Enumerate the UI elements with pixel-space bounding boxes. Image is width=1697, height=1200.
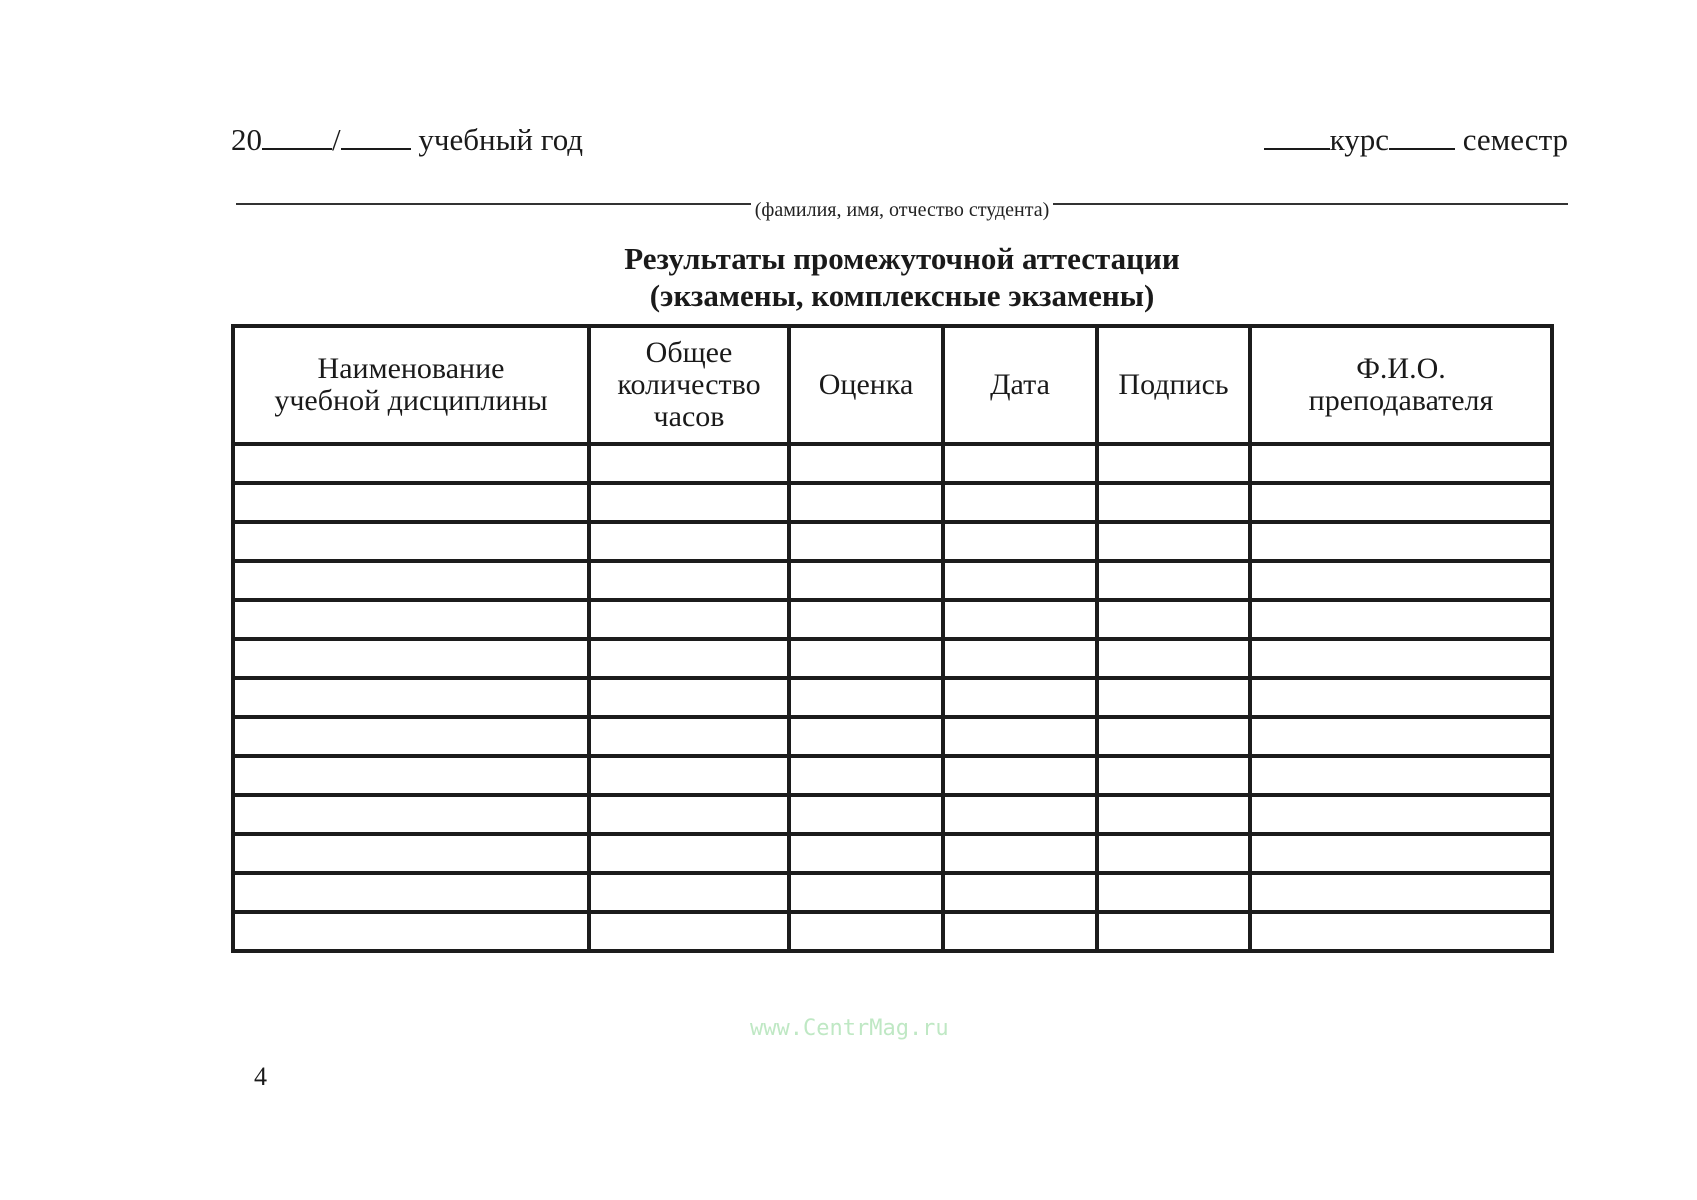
table-row bbox=[233, 483, 1552, 522]
cell-grade[interactable] bbox=[789, 639, 943, 678]
cell-date[interactable] bbox=[943, 639, 1097, 678]
cell-teacher[interactable] bbox=[1250, 678, 1552, 717]
table-row bbox=[233, 522, 1552, 561]
cell-date[interactable] bbox=[943, 912, 1097, 951]
column-header-line: Наименование bbox=[235, 353, 587, 385]
cell-signature[interactable] bbox=[1097, 483, 1250, 522]
cell-grade[interactable] bbox=[789, 600, 943, 639]
page-title: Результаты промежуточной аттестации (экз… bbox=[231, 240, 1573, 314]
cell-teacher[interactable] bbox=[1250, 444, 1552, 483]
year-label: учебный год bbox=[411, 122, 583, 157]
cell-hours[interactable] bbox=[589, 717, 789, 756]
cell-discipline[interactable] bbox=[233, 912, 589, 951]
student-name-caption-text: (фамилия, имя, отчество студента) bbox=[751, 199, 1054, 221]
cell-hours[interactable] bbox=[589, 912, 789, 951]
cell-hours[interactable] bbox=[589, 873, 789, 912]
cell-teacher[interactable] bbox=[1250, 717, 1552, 756]
cell-signature[interactable] bbox=[1097, 639, 1250, 678]
cell-hours[interactable] bbox=[589, 756, 789, 795]
cell-date[interactable] bbox=[943, 483, 1097, 522]
column-header-line: часов bbox=[591, 401, 787, 433]
year-separator: / bbox=[332, 122, 341, 157]
table-row bbox=[233, 639, 1552, 678]
table-body bbox=[233, 444, 1552, 951]
table-row bbox=[233, 444, 1552, 483]
table-row bbox=[233, 873, 1552, 912]
cell-date[interactable] bbox=[943, 444, 1097, 483]
cell-signature[interactable] bbox=[1097, 522, 1250, 561]
cell-date[interactable] bbox=[943, 717, 1097, 756]
cell-teacher[interactable] bbox=[1250, 522, 1552, 561]
cell-signature[interactable] bbox=[1097, 756, 1250, 795]
cell-hours[interactable] bbox=[589, 444, 789, 483]
column-header-grade: Оценка bbox=[789, 326, 943, 444]
cell-grade[interactable] bbox=[789, 912, 943, 951]
cell-teacher[interactable] bbox=[1250, 561, 1552, 600]
cell-grade[interactable] bbox=[789, 678, 943, 717]
table-row bbox=[233, 834, 1552, 873]
cell-grade[interactable] bbox=[789, 873, 943, 912]
course-semester-line: курс семестр bbox=[1264, 122, 1568, 158]
cell-discipline[interactable] bbox=[233, 795, 589, 834]
table-row bbox=[233, 678, 1552, 717]
cell-date[interactable] bbox=[943, 795, 1097, 834]
year-prefix: 20 bbox=[231, 122, 262, 157]
title-line-2: (экзамены, комплексные экзамены) bbox=[231, 277, 1573, 314]
cell-discipline[interactable] bbox=[233, 678, 589, 717]
cell-hours[interactable] bbox=[589, 834, 789, 873]
table-row bbox=[233, 912, 1552, 951]
cell-teacher[interactable] bbox=[1250, 639, 1552, 678]
column-header-teacher: Ф.И.О.преподавателя bbox=[1250, 326, 1552, 444]
table-header-row: Наименованиеучебной дисциплиныОбщееколич… bbox=[233, 326, 1552, 444]
cell-teacher[interactable] bbox=[1250, 912, 1552, 951]
table-row bbox=[233, 717, 1552, 756]
column-header-line: преподавателя bbox=[1252, 385, 1550, 417]
cell-teacher[interactable] bbox=[1250, 795, 1552, 834]
cell-date[interactable] bbox=[943, 756, 1097, 795]
title-line-1: Результаты промежуточной аттестации bbox=[231, 240, 1573, 277]
cell-discipline[interactable] bbox=[233, 639, 589, 678]
cell-grade[interactable] bbox=[789, 834, 943, 873]
cell-grade[interactable] bbox=[789, 717, 943, 756]
cell-teacher[interactable] bbox=[1250, 834, 1552, 873]
cell-grade[interactable] bbox=[789, 444, 943, 483]
cell-hours[interactable] bbox=[589, 522, 789, 561]
column-header-discipline: Наименованиеучебной дисциплины bbox=[233, 326, 589, 444]
cell-signature[interactable] bbox=[1097, 834, 1250, 873]
column-header-line: Общее bbox=[591, 337, 787, 369]
academic-year-line: 20/ учебный год bbox=[231, 122, 583, 158]
cell-teacher[interactable] bbox=[1250, 756, 1552, 795]
column-header-line: Подпись bbox=[1099, 369, 1248, 401]
cell-signature[interactable] bbox=[1097, 873, 1250, 912]
year-start-blank[interactable] bbox=[262, 147, 332, 150]
cell-grade[interactable] bbox=[789, 756, 943, 795]
column-header-line: Дата bbox=[945, 369, 1095, 401]
student-name-caption: (фамилия, имя, отчество студента) bbox=[231, 199, 1573, 222]
cell-signature[interactable] bbox=[1097, 444, 1250, 483]
cell-teacher[interactable] bbox=[1250, 483, 1552, 522]
column-header-line: учебной дисциплины bbox=[235, 385, 587, 417]
course-label: курс bbox=[1330, 122, 1389, 157]
table-row bbox=[233, 600, 1552, 639]
cell-signature[interactable] bbox=[1097, 795, 1250, 834]
cell-hours[interactable] bbox=[589, 678, 789, 717]
cell-hours[interactable] bbox=[589, 795, 789, 834]
column-header-date: Дата bbox=[943, 326, 1097, 444]
cell-date[interactable] bbox=[943, 522, 1097, 561]
column-header-line: Оценка bbox=[791, 369, 941, 401]
cell-teacher[interactable] bbox=[1250, 600, 1552, 639]
cell-date[interactable] bbox=[943, 873, 1097, 912]
cell-date[interactable] bbox=[943, 561, 1097, 600]
year-end-blank[interactable] bbox=[341, 147, 411, 150]
cell-date[interactable] bbox=[943, 678, 1097, 717]
cell-discipline[interactable] bbox=[233, 834, 589, 873]
table-row bbox=[233, 756, 1552, 795]
semester-blank[interactable] bbox=[1389, 147, 1455, 150]
cell-grade[interactable] bbox=[789, 561, 943, 600]
cell-discipline[interactable] bbox=[233, 561, 589, 600]
page-number: 4 bbox=[254, 1062, 267, 1092]
column-header-signature: Подпись bbox=[1097, 326, 1250, 444]
cell-date[interactable] bbox=[943, 600, 1097, 639]
cell-grade[interactable] bbox=[789, 795, 943, 834]
cell-hours[interactable] bbox=[589, 483, 789, 522]
semester-label: семестр bbox=[1455, 122, 1568, 157]
table-row bbox=[233, 795, 1552, 834]
column-header-line: Ф.И.О. bbox=[1252, 353, 1550, 385]
cell-discipline[interactable] bbox=[233, 444, 589, 483]
cell-discipline[interactable] bbox=[233, 873, 589, 912]
cell-grade[interactable] bbox=[789, 483, 943, 522]
cell-discipline[interactable] bbox=[233, 522, 589, 561]
cell-signature[interactable] bbox=[1097, 912, 1250, 951]
cell-discipline[interactable] bbox=[233, 483, 589, 522]
cell-teacher[interactable] bbox=[1250, 873, 1552, 912]
table-row bbox=[233, 561, 1552, 600]
cell-discipline[interactable] bbox=[233, 756, 589, 795]
attestation-results-table: Наименованиеучебной дисциплиныОбщееколич… bbox=[231, 324, 1554, 953]
cell-discipline[interactable] bbox=[233, 600, 589, 639]
cell-signature[interactable] bbox=[1097, 678, 1250, 717]
column-header-hours: Общееколичествочасов bbox=[589, 326, 789, 444]
cell-hours[interactable] bbox=[589, 561, 789, 600]
course-blank[interactable] bbox=[1264, 147, 1330, 150]
cell-hours[interactable] bbox=[589, 639, 789, 678]
cell-grade[interactable] bbox=[789, 522, 943, 561]
cell-signature[interactable] bbox=[1097, 600, 1250, 639]
cell-signature[interactable] bbox=[1097, 561, 1250, 600]
cell-hours[interactable] bbox=[589, 600, 789, 639]
watermark: www.CentrMag.ru bbox=[750, 1016, 949, 1041]
cell-discipline[interactable] bbox=[233, 717, 589, 756]
cell-date[interactable] bbox=[943, 834, 1097, 873]
column-header-line: количество bbox=[591, 369, 787, 401]
cell-signature[interactable] bbox=[1097, 717, 1250, 756]
